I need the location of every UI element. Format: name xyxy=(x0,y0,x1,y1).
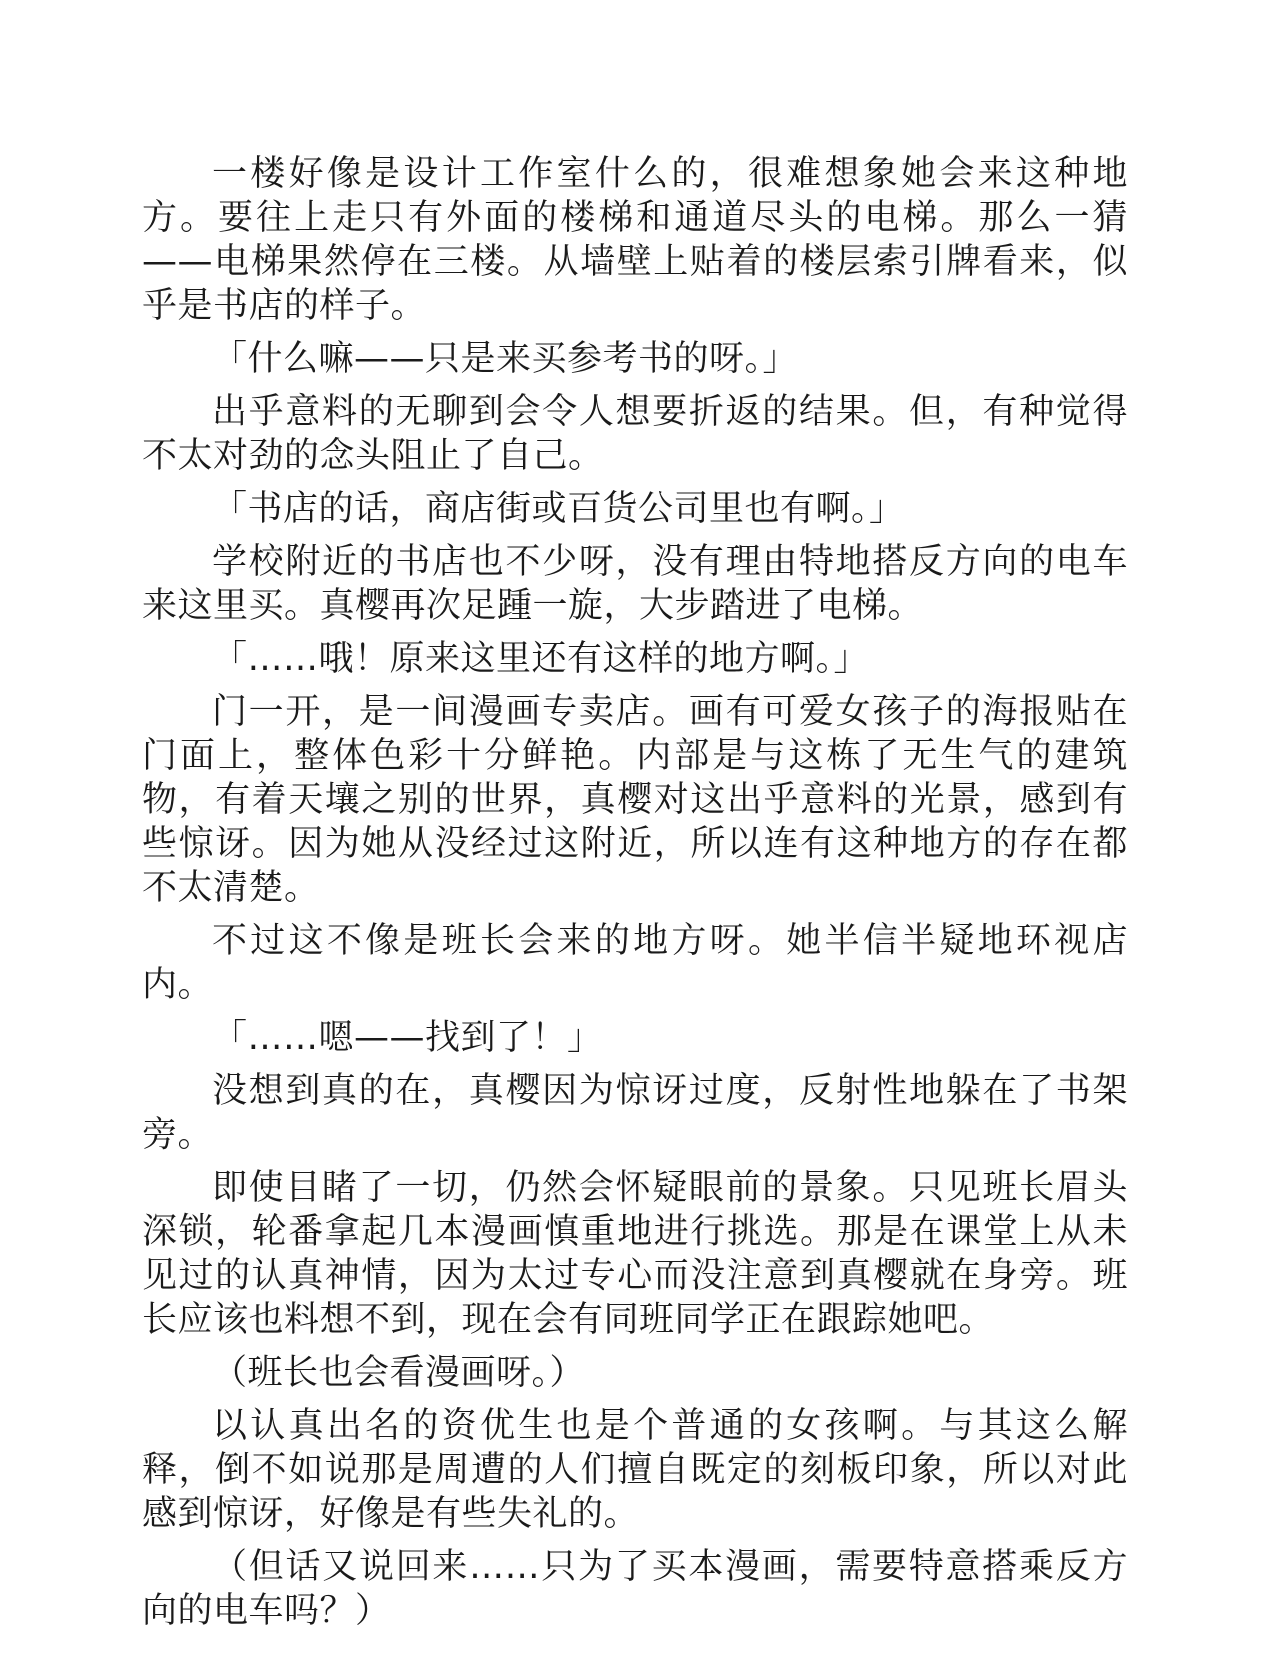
paragraph-narrative: 学校附近的书店也不少呀，没有理由特地搭反方向的电车来这里买。真樱再次足踵一旋，大… xyxy=(142,540,1128,628)
paragraph-narrative: 以认真出名的资优生也是个普通的女孩啊。与其这么解释，倒不如说那是周遭的人们擅自既… xyxy=(142,1404,1128,1536)
paragraph-thought: （班长也会看漫画呀。） xyxy=(142,1351,1128,1395)
paragraph-narrative: 门一开，是一间漫画专卖店。画有可爱女孩子的海报贴在门面上，整体色彩十分鲜艳。内部… xyxy=(142,690,1128,910)
paragraph-narrative: 没想到真的在，真樱因为惊讶过度，反射性地躲在了书架旁。 xyxy=(142,1069,1128,1157)
paragraph-dialogue: 「……嗯——找到了！」 xyxy=(142,1016,1128,1060)
paragraph-dialogue: 「……哦！原来这里还有这样的地方啊。」 xyxy=(142,637,1128,681)
paragraph-thought: （但话又说回来……只为了买本漫画，需要特意搭乘反方向的电车吗？） xyxy=(142,1545,1128,1633)
paragraph-dialogue: 「什么嘛——只是来买参考书的呀。」 xyxy=(142,337,1128,381)
paragraph-dialogue: 「书店的话，商店街或百货公司里也有啊。」 xyxy=(142,487,1128,531)
paragraph-narrative: 不过这不像是班长会来的地方呀。她半信半疑地环视店内。 xyxy=(142,919,1128,1007)
paragraph-narrative: 一楼好像是设计工作室什么的，很难想象她会来这种地方。要往上走只有外面的楼梯和通道… xyxy=(142,152,1128,328)
paragraph-narrative: 即使目睹了一切，仍然会怀疑眼前的景象。只见班长眉头深锁，轮番拿起几本漫画慎重地进… xyxy=(142,1166,1128,1342)
document-page: 一楼好像是设计工作室什么的，很难想象她会来这种地方。要往上走只有外面的楼梯和通道… xyxy=(0,0,1280,1656)
paragraph-narrative: 出乎意料的无聊到会令人想要折返的结果。但，有种觉得不太对劲的念头阻止了自己。 xyxy=(142,390,1128,478)
